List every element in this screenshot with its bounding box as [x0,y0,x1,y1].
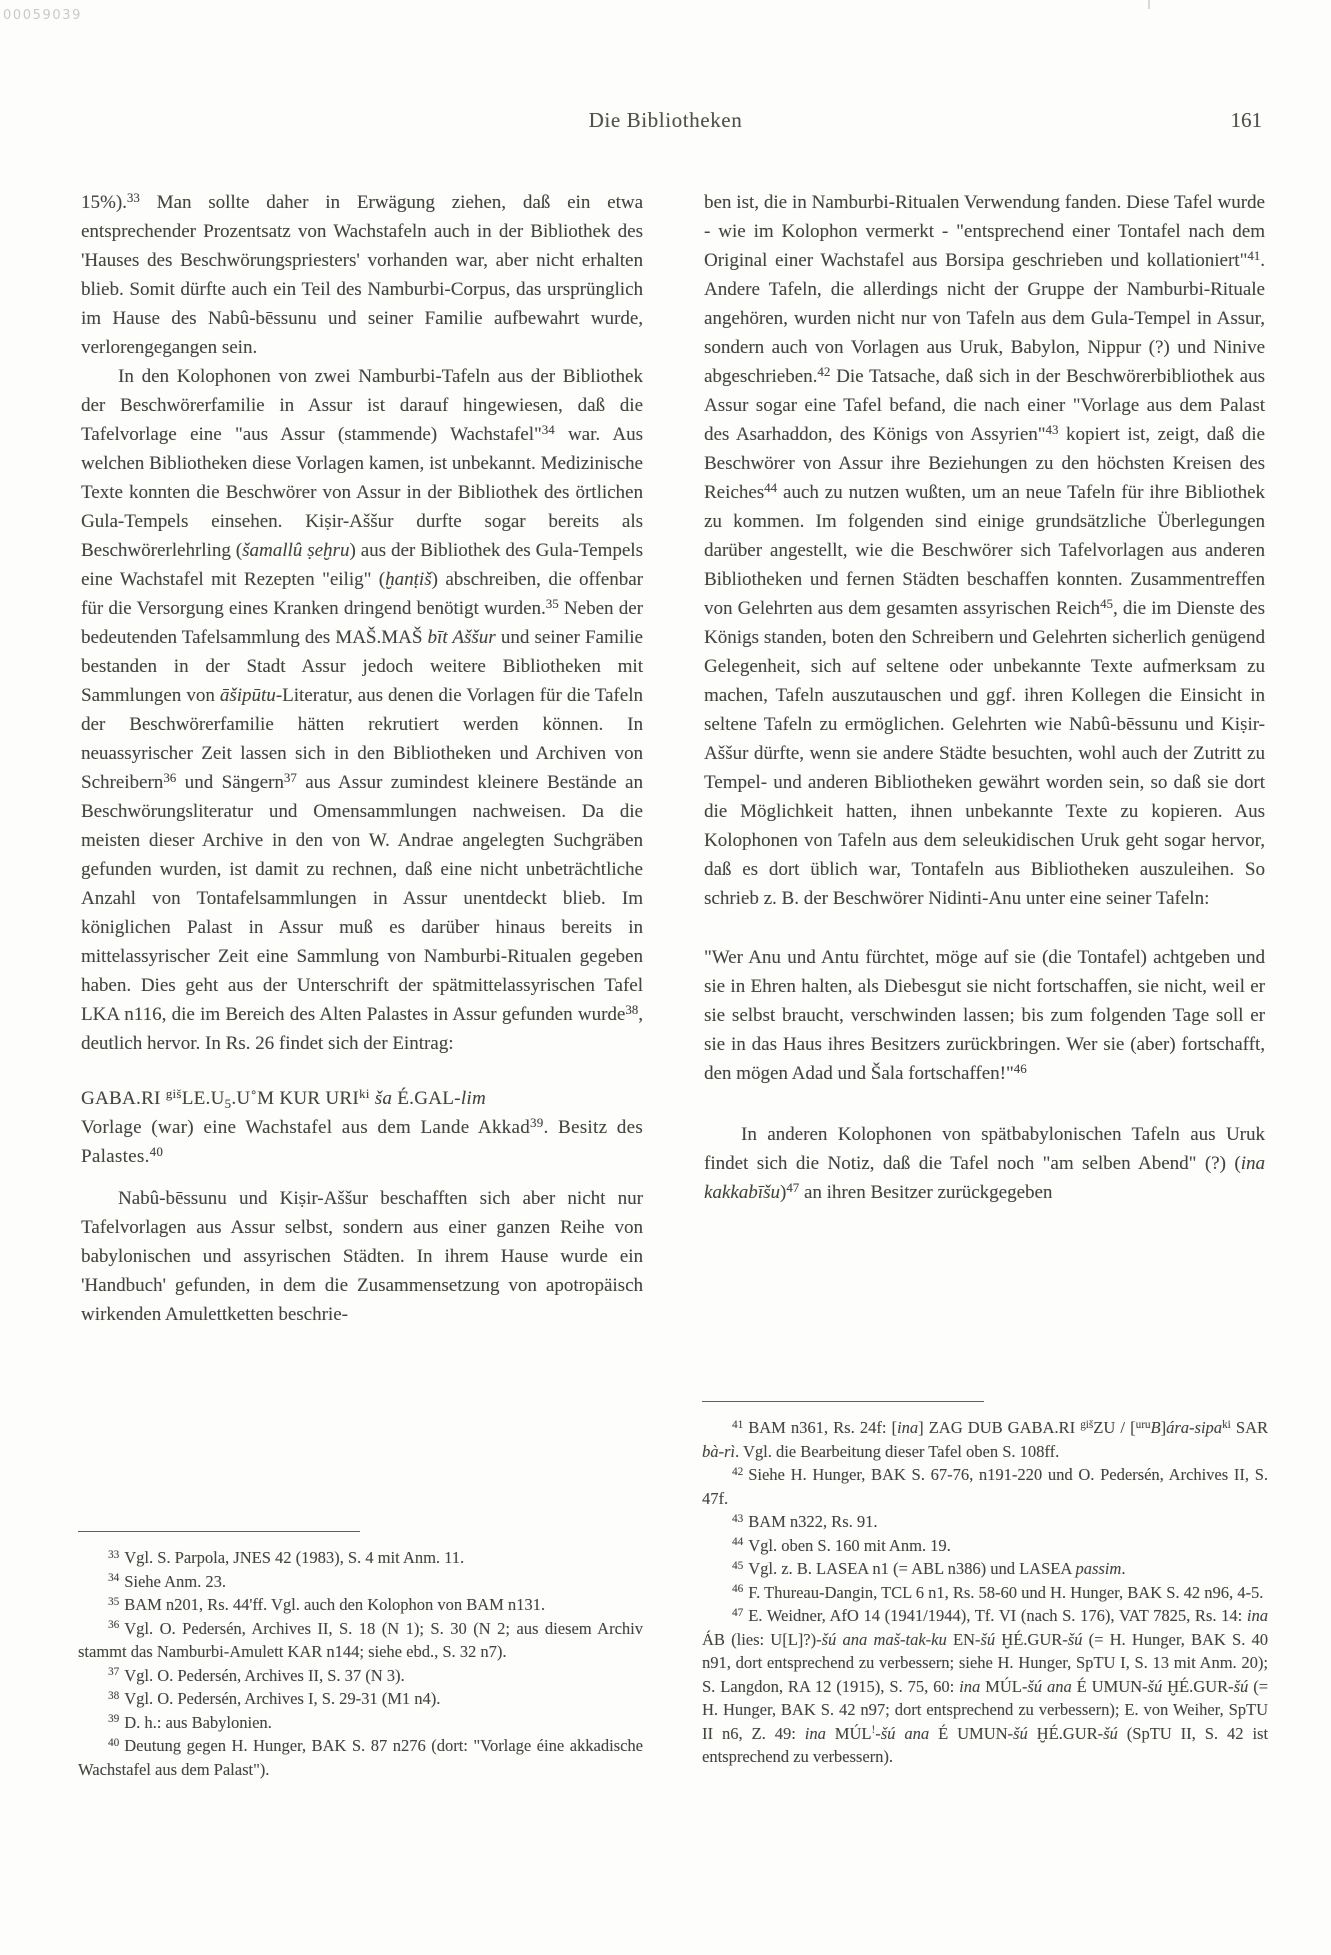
paragraph-nabu-bessunu: Nabû-bēssunu und Kiṣir-Aššur beschafften… [81,1184,643,1329]
footnote-item: 47E. Weidner, AfO 14 (1941/1944), Tf. VI… [702,1604,1268,1769]
footnote-item: 38Vgl. O. Pedersén, Archives I, S. 29-31… [78,1687,643,1711]
footnote-text: BAM n361, Rs. 24f: [ina] ZAG DUB GABA.RI… [702,1418,1268,1461]
right-column: ben ist, die in Namburbi-Ritualen Verwen… [704,188,1265,1207]
footnote-text: E. Weidner, AfO 14 (1941/1944), Tf. VI (… [702,1606,1268,1766]
footnote-text: BAM n201, Rs. 44'ff. Vgl. auch den Kolop… [124,1595,545,1614]
paragraph-continuation-right: ben ist, die in Namburbi-Ritualen Verwen… [704,188,1265,913]
footnote-number: 42 [732,1466,743,1478]
footnote-item: 41BAM n361, Rs. 24f: [ina] ZAG DUB GABA.… [702,1416,1268,1463]
footnote-item: 45Vgl. z. B. LASEA n1 (= ABL n386) und L… [702,1557,1268,1581]
footnote-text: Vgl. z. B. LASEA n1 (= ABL n386) und LAS… [748,1559,1125,1578]
footnote-text: Vgl. O. Pedersén, Archives I, S. 29-31 (… [124,1689,440,1708]
footnote-item: 44Vgl. oben S. 160 mit Anm. 19. [702,1534,1268,1558]
page-number: 161 [1200,108,1262,133]
footnote-item: 43BAM n322, Rs. 91. [702,1510,1268,1534]
footnote-text: Vgl. O. Pedersén, Archives II, S. 37 (N … [124,1666,404,1685]
footnote-text: Siehe H. Hunger, BAK S. 67-76, n191-220 … [702,1465,1268,1508]
footnotes-left: 33Vgl. S. Parpola, JNES 42 (1983), S. 4 … [78,1531,643,1781]
footnote-number: 36 [108,1619,119,1631]
footnote-number: 45 [732,1560,743,1572]
footnote-item: 35BAM n201, Rs. 44'ff. Vgl. auch den Kol… [78,1593,643,1617]
footnote-text: Siehe Anm. 23. [124,1572,226,1591]
running-head-title: Die Bibliotheken [0,108,1331,133]
footnote-number: 35 [108,1596,119,1608]
footnotes-right: 41BAM n361, Rs. 24f: [ina] ZAG DUB GABA.… [702,1401,1268,1769]
footnote-number: 39 [108,1713,119,1725]
footnote-item: 39D. h.: aus Babylonien. [78,1711,643,1735]
footnote-text: D. h.: aus Babylonien. [124,1713,272,1732]
paragraph-kolophone: In den Kolophonen von zwei Namburbi-Tafe… [81,362,643,1058]
paragraph-continuation-left: 15%).33 Man sollte daher in Erwägung zie… [81,188,643,362]
footnote-number: 40 [108,1737,119,1749]
left-column: 15%).33 Man sollte daher in Erwägung zie… [81,188,643,1329]
footnote-text: F. Thureau-Dangin, TCL 6 n1, Rs. 58-60 u… [748,1583,1263,1602]
quote-block: "Wer Anu und Antu fürchtet, möge auf sie… [704,943,1265,1088]
footnote-item: 42Siehe H. Hunger, BAK S. 67-76, n191-22… [702,1463,1268,1510]
footnote-item: 40Deutung gegen H. Hunger, BAK S. 87 n27… [78,1734,643,1781]
footnote-number: 46 [732,1583,743,1595]
footnote-number: 41 [732,1419,743,1431]
footnote-text: Vgl. O. Pedersén, Archives II, S. 18 (N … [78,1619,643,1662]
scanned-book-page: 00059039 Die Bibliotheken 161 15%).33 Ma… [0,0,1331,1955]
footnote-text: Deutung gegen H. Hunger, BAK S. 87 n276 … [78,1736,643,1779]
footnote-item: 36Vgl. O. Pedersén, Archives II, S. 18 (… [78,1617,643,1664]
footnote-text: Vgl. S. Parpola, JNES 42 (1983), S. 4 mi… [124,1548,464,1567]
scan-artifact [1148,0,1150,9]
footnote-text: Vgl. oben S. 160 mit Anm. 19. [748,1536,951,1555]
footnote-text: BAM n322, Rs. 91. [748,1512,877,1531]
transliteration-block: GABA.RI gišLE.U5.U˚M KUR URIki ša É.GAL-… [81,1084,643,1171]
paragraph-in-anderen: In anderen Kolophonen von spätbabylonisc… [704,1120,1265,1207]
footnote-number: 33 [108,1549,119,1561]
footnote-number: 43 [732,1513,743,1525]
footnote-number: 47 [732,1607,743,1619]
footnote-item: 34Siehe Anm. 23. [78,1570,643,1594]
footnote-item: 37Vgl. O. Pedersén, Archives II, S. 37 (… [78,1664,643,1688]
footnote-item: 46F. Thureau-Dangin, TCL 6 n1, Rs. 58-60… [702,1581,1268,1605]
scan-watermark-number: 00059039 [3,8,82,23]
footnote-number: 44 [732,1536,743,1548]
footnote-number: 38 [108,1690,119,1702]
footnote-item: 33Vgl. S. Parpola, JNES 42 (1983), S. 4 … [78,1546,643,1570]
footnote-number: 34 [108,1572,119,1584]
footnote-number: 37 [108,1666,119,1678]
